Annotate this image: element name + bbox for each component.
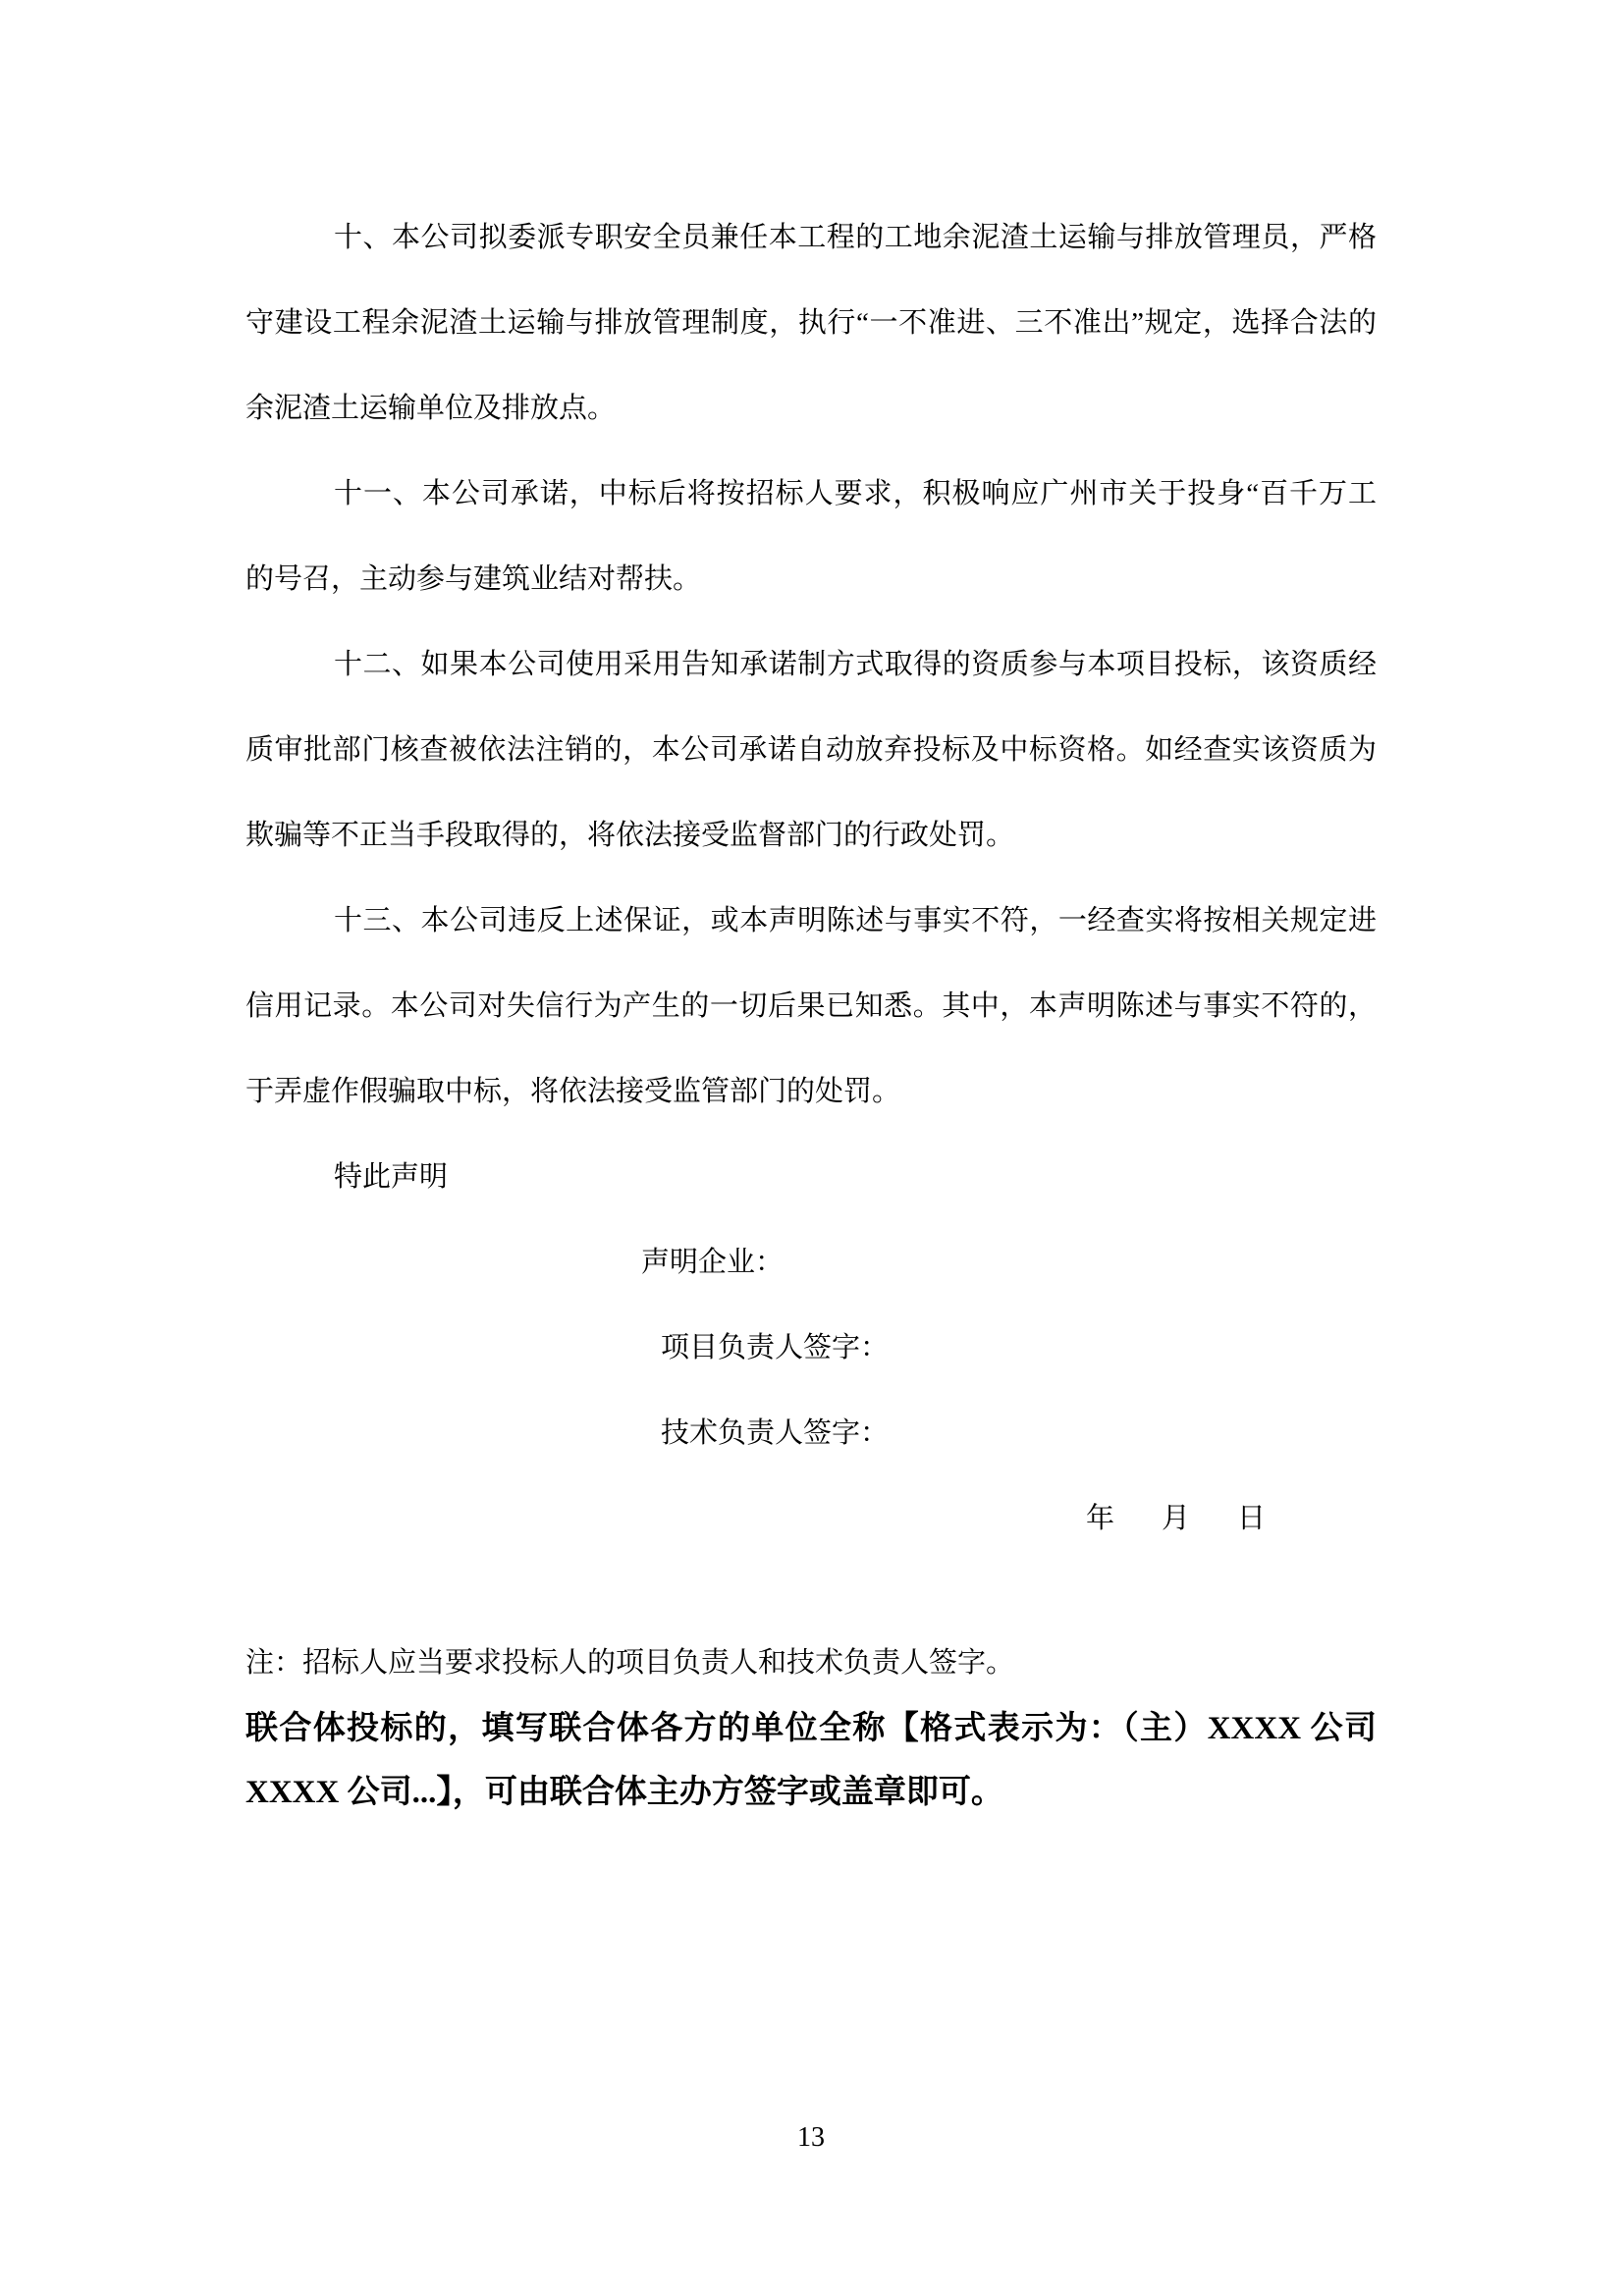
date-line: 年月日 — [245, 1476, 1377, 1562]
paragraph-12-line-3: 欺骗等不正当手段取得的，将依法接受监督部门的行政处罚。 — [245, 793, 1377, 879]
document-page: 十、本公司拟委派专职安全员兼任本工程的工地余泥渣土运输与排放管理员，严格遵 守建… — [0, 0, 1624, 2296]
paragraph-13-line-2: 信用记录。本公司对失信行为产生的一切后果已知悉。其中，本声明陈述与事实不符的，属 — [245, 964, 1377, 1049]
date-day-label: 日 — [1237, 1503, 1266, 1534]
document-body: 十、本公司拟委派专职安全员兼任本工程的工地余泥渣土运输与排放管理员，严格遵 守建… — [245, 195, 1377, 1825]
closing-statement: 特此声明 — [245, 1135, 1377, 1220]
date-month-label: 月 — [1162, 1503, 1190, 1534]
paragraph-11-line-2: 的号召，主动参与建筑业结对帮扶。 — [245, 537, 1377, 622]
joint-venture-note-line-2: XXXX 公司...】，可由联合体主办方签字或盖章即可。 — [245, 1761, 1377, 1825]
paragraph-10-line-3: 余泥渣土运输单位及排放点。 — [245, 366, 1377, 452]
joint-venture-note-line-1: 联合体投标的，填写联合体各方的单位全称【格式表示为：（主）XXXX 公司（成） — [245, 1697, 1377, 1761]
paragraph-13-line-3: 于弄虚作假骗取中标，将依法接受监管部门的处罚。 — [245, 1049, 1377, 1135]
note-line: 注：招标人应当要求投标人的项目负责人和技术负责人签字。 — [245, 1633, 1377, 1692]
paragraph-11-line-1: 十一、本公司承诺，中标后将按招标人要求，积极响应广州市关于投身“百千万工程” — [245, 452, 1377, 537]
declaring-company-label: 声明企业： — [245, 1220, 1377, 1306]
paragraph-12-line-2: 质审批部门核查被依法注销的，本公司承诺自动放弃投标及中标资格。如经查实该资质为以 — [245, 708, 1377, 793]
date-year-label: 年 — [1086, 1503, 1114, 1534]
paragraph-13-line-1: 十三、本公司违反上述保证，或本声明陈述与事实不符，一经查实将按相关规定进行 — [245, 879, 1377, 964]
technical-manager-signature-label: 技术负责人签字： — [245, 1391, 1377, 1476]
project-manager-signature-label: 项目负责人签字： — [245, 1306, 1377, 1391]
paragraph-10-line-1: 十、本公司拟委派专职安全员兼任本工程的工地余泥渣土运输与排放管理员，严格遵 — [245, 195, 1377, 281]
paragraph-10-line-2: 守建设工程余泥渣土运输与排放管理制度，执行“一不准进、三不准出”规定，选择合法的 — [245, 281, 1377, 366]
page-number: 13 — [245, 2124, 1377, 2152]
paragraph-12-line-1: 十二、如果本公司使用采用告知承诺制方式取得的资质参与本项目投标，该资质经资 — [245, 622, 1377, 708]
joint-venture-note: 联合体投标的，填写联合体各方的单位全称【格式表示为：（主）XXXX 公司（成） … — [245, 1697, 1377, 1825]
